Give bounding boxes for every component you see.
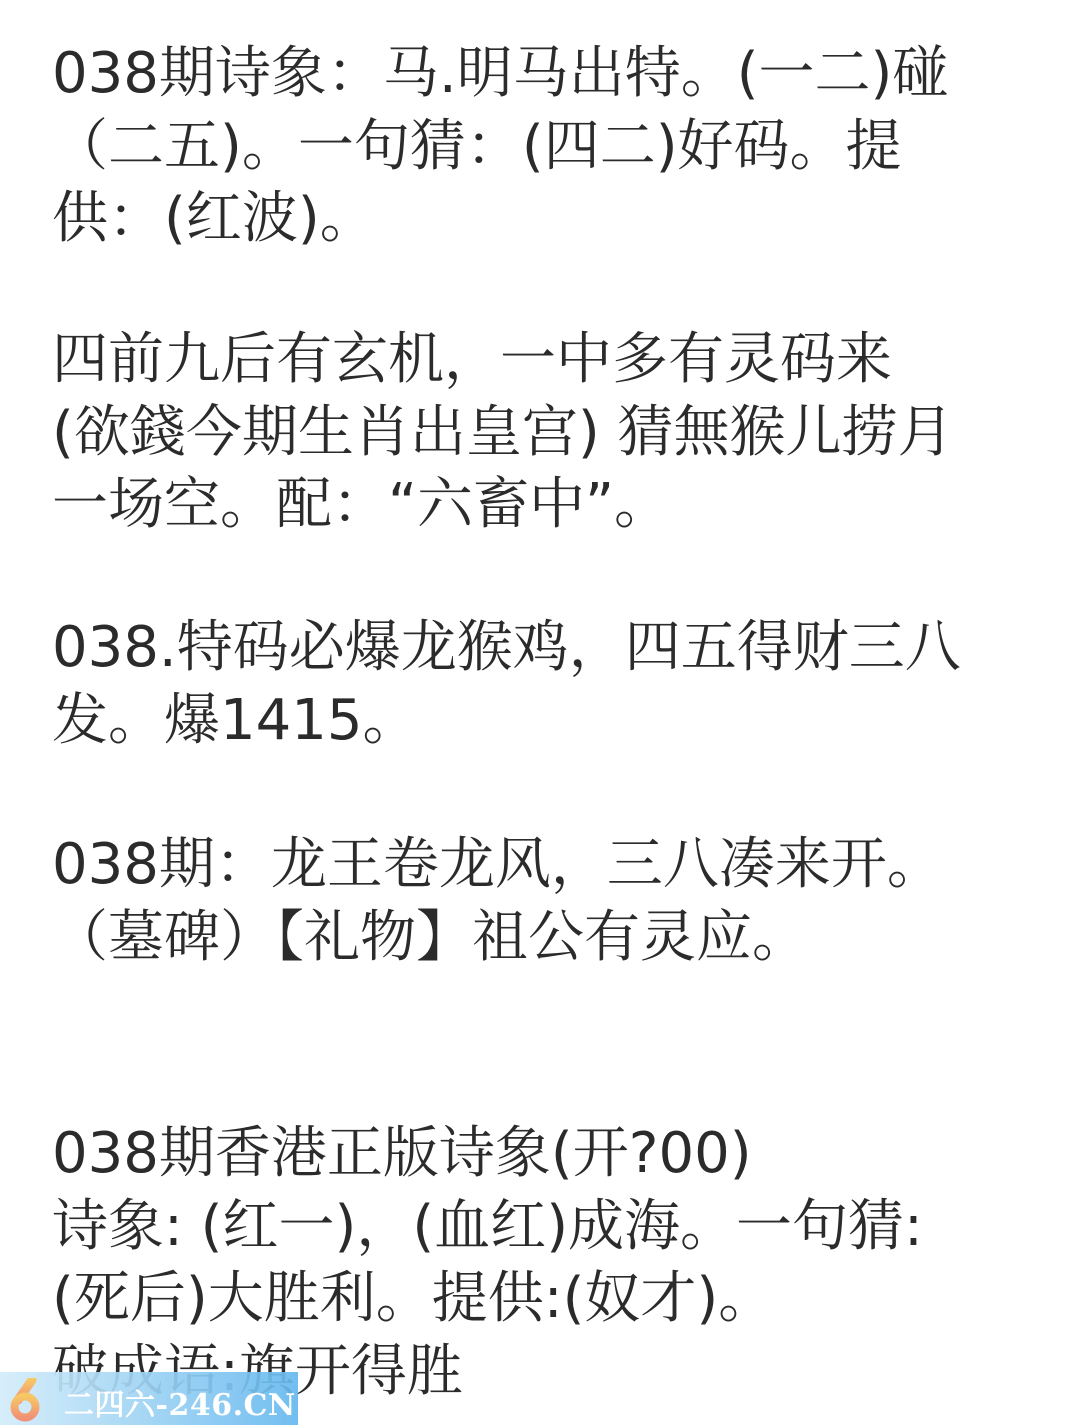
text-line: (欲錢今期生肖出皇宫) 猜無猴儿捞月 [52, 397, 1052, 470]
text-line: （二五)。一句猜：(四二)好码。提 [52, 111, 1052, 184]
text-line: 038期诗象：马.明马出特。(一二)碰 [52, 38, 1052, 111]
site-watermark: 二四六-246.CN [0, 1372, 298, 1425]
text-line: 发。爆1415。 [52, 685, 1052, 758]
six-logo-icon [6, 1378, 44, 1422]
text-line: 038.特码必爆龙猴鸡，四五得财三八 [52, 612, 1052, 685]
watermark-text: 二四六-246.CN [64, 1380, 296, 1424]
text-line: 供：(红波)。 [52, 183, 1052, 256]
text-line: 038期香港正版诗象(开?00) [52, 1118, 1052, 1191]
text-line: 四前九后有玄机，一中多有灵码来 [52, 324, 1052, 397]
text-block-5: 038期香港正版诗象(开?00) 诗象: (红一)，(血红)成海。一句猜: (死… [52, 1118, 1052, 1408]
text-line: 038期：龙王卷龙风，三八凑来开。 [52, 829, 1052, 902]
text-line: （墓碑）【礼物】祖公有灵应。 [52, 902, 1052, 975]
text-block-1: 038期诗象：马.明马出特。(一二)碰 （二五)。一句猜：(四二)好码。提 供：… [52, 38, 1052, 256]
text-block-2: 四前九后有玄机，一中多有灵码来 (欲錢今期生肖出皇宫) 猜無猴儿捞月 一场空。配… [52, 324, 1052, 542]
text-line: (死后)大胜利。提供:(奴才)。 [52, 1263, 1052, 1336]
text-block-3: 038.特码必爆龙猴鸡，四五得财三八 发。爆1415。 [52, 612, 1052, 757]
text-block-4: 038期：龙王卷龙风，三八凑来开。 （墓碑）【礼物】祖公有灵应。 [52, 829, 1052, 974]
text-line: 一场空。配：“六畜中”。 [52, 469, 1052, 542]
text-line: 诗象: (红一)，(血红)成海。一句猜: [52, 1191, 1052, 1264]
